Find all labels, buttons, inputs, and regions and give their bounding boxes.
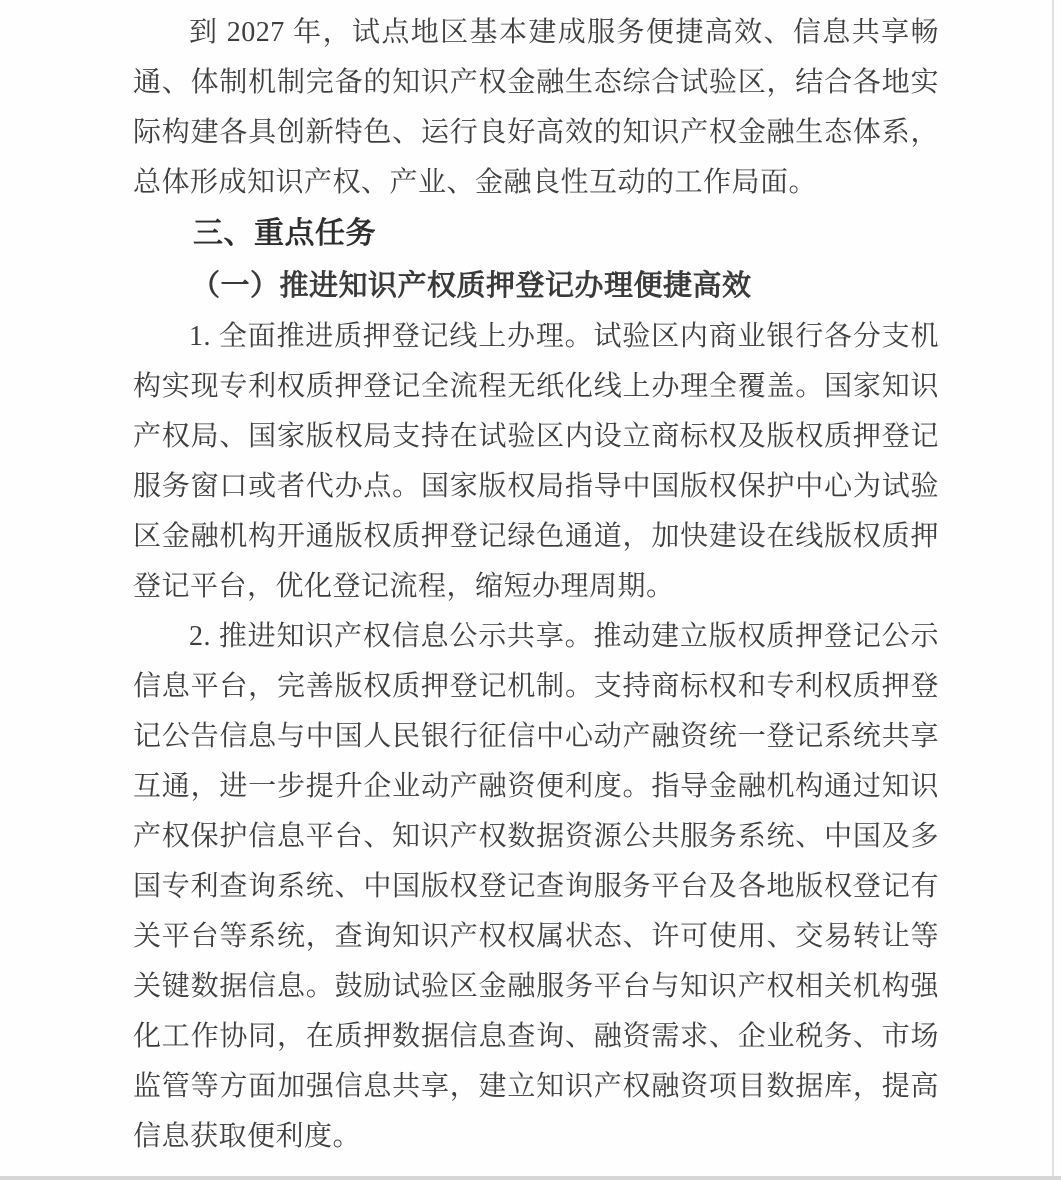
page-bottom-edge-line <box>0 1176 1061 1180</box>
task-paragraph-2: 2. 推进知识产权信息公示共享。推动建立版权质押登记公示信息平台，完善版权质押登… <box>133 612 939 1162</box>
document-body: 到 2027 年，试点地区基本建成服务便捷高效、信息共享畅通、体制机制完备的知识… <box>133 8 939 1162</box>
intro-paragraph: 到 2027 年，试点地区基本建成服务便捷高效、信息共享畅通、体制机制完备的知识… <box>133 8 939 208</box>
scanned-document-page: 到 2027 年，试点地区基本建成服务便捷高效、信息共享畅通、体制机制完备的知识… <box>0 0 1061 1180</box>
page-right-edge-line <box>1052 0 1054 1180</box>
subsection-heading: （一）推进知识产权质押登记办理便捷高效 <box>133 260 939 312</box>
task-paragraph-1: 1. 全面推进质押登记线上办理。试验区内商业银行各分支机构实现专利权质押登记全流… <box>133 312 939 612</box>
section-heading: 三、重点任务 <box>133 208 939 260</box>
